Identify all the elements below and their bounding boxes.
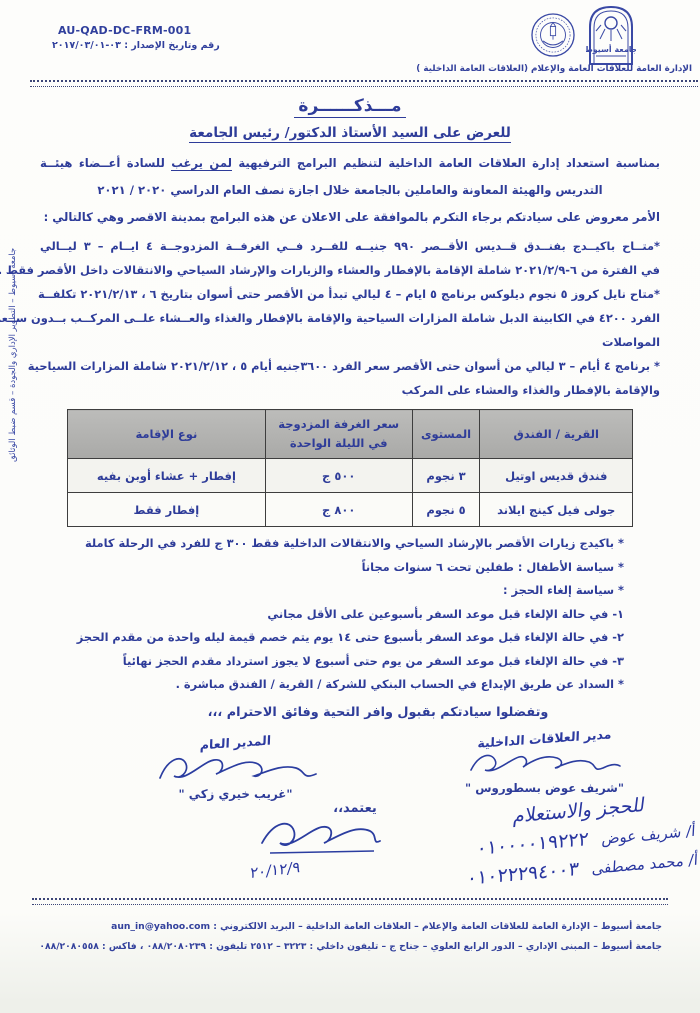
policy-luxor-package: * باكيدج زيارات الأقصر بالإرشاد السياحي … bbox=[40, 532, 624, 556]
header-board: نوع الإقامة bbox=[68, 410, 266, 459]
issue-number-date: رقم وتاريخ الإصدار : ٠٣-٢٠١٧/٠٣/٠١ bbox=[52, 40, 220, 51]
memo-title-text: مـــذكــــــرة bbox=[294, 96, 405, 118]
program-offers: *متــاح باكيــدج بفنــدق قــديس الأقــصر… bbox=[40, 234, 660, 402]
policy-cancel-item-1: ١- في حالة الإلغاء قبل موعد السفر بأسبوع… bbox=[40, 603, 624, 627]
header-price: سعر الغرفة المزدوجة في الليلة الواحدة bbox=[265, 410, 412, 459]
policy-payment: * السداد عن طريق الإيداع في الحساب البنك… bbox=[40, 673, 624, 697]
table-row: فندق قديس اوتيل ٣ نجوم ٥٠٠ ج إفطار + عشا… bbox=[68, 459, 633, 493]
header-level: المستوى bbox=[412, 410, 480, 459]
footer-line-2: جامعة أسيوط – المبنى الإداري – الدور الر… bbox=[38, 937, 662, 957]
cell-hotel: جولى فيل كينج ايلاند bbox=[480, 493, 633, 527]
cell-price: ٥٠٠ ج bbox=[265, 459, 412, 493]
hotels-table: القرية / الفندق المستوى سعر الغرفة المزد… bbox=[67, 409, 633, 527]
signatures-zone: وتفضلوا سيادتكم بقبول وافر التحية وفائق … bbox=[0, 695, 700, 905]
footer-separator bbox=[32, 898, 668, 905]
addressee-text: للعرض على السيد الأستاذ الدكتور/ رئيس ال… bbox=[189, 125, 511, 143]
signature-scribble-icon bbox=[152, 750, 320, 786]
contact-name: أ/ محمد مصطفى bbox=[591, 850, 698, 877]
offer-line: *متــاح باكيــدج بفنــدق قــديس الأقــصر… bbox=[40, 234, 660, 258]
offer-line: * برنامج ٤ أيام – ٣ ليالي من أسوان حتى ا… bbox=[40, 354, 660, 378]
offer-line: والإقامة بالإفطار والغذاء والعشاء على ال… bbox=[40, 378, 660, 402]
approval-date: ٢٠/١٢/٩ bbox=[250, 858, 301, 882]
intro-paragraph: بمناسبة استعداد إدارة العلاقات العامة ال… bbox=[40, 150, 660, 231]
sig-right-name: "شريف عوض بسطوروس " bbox=[437, 781, 652, 795]
approval-signature-icon bbox=[256, 815, 386, 861]
table-row: جولى فيل كينج ايلاند ٥ نجوم ٨٠٠ ج إفطار … bbox=[68, 493, 633, 527]
sig-left-name: "غريب خيري زكي " bbox=[148, 787, 323, 801]
intro-line-1-pre: بمناسبة استعداد إدارة العلاقات العامة ال… bbox=[232, 156, 660, 170]
policies-list: * باكيدج زيارات الأقصر بالإرشاد السياحي … bbox=[40, 532, 624, 697]
policy-cancel-item-3: ٣- في حالة الإلغاء قبل موعد السفر من يوم… bbox=[40, 650, 624, 674]
intro-line-3: الأمر معروض على سيادتكم برجاء التكرم بال… bbox=[40, 204, 660, 231]
signature-internal-relations-manager: مدير العلاقات الداخلية "شريف عوض بسطوروس… bbox=[437, 731, 652, 795]
cell-board: إفطار + عشاء أوبن بفيه bbox=[68, 459, 266, 493]
page-footer: جامعة أسيوط – الإدارة العامة للعلاقات ال… bbox=[0, 898, 700, 957]
emblem-label: جامعة أسيوط bbox=[586, 44, 636, 54]
policy-children: * سياسة الأطفال : طفلين تحت ٦ سنوات مجان… bbox=[40, 556, 624, 580]
memo-title: مـــذكــــــرة bbox=[40, 96, 660, 116]
header-separator bbox=[30, 80, 698, 87]
department-line: الإدارة العامة للعلاقات العامة والإعلام … bbox=[416, 64, 692, 74]
intro-line-1-post: للسادة أعــضاء هيئــة bbox=[40, 156, 171, 170]
university-arch-emblem-icon: جامعة أسيوط bbox=[586, 3, 636, 67]
offer-line: الفرد ٤٢٠٠ في الكابينة الدبل شاملة المزا… bbox=[40, 306, 660, 330]
contact-name: أ/ شريف عوض bbox=[601, 822, 696, 848]
form-code: AU-QAD-DC-FRM-001 bbox=[58, 24, 191, 37]
header-hotel: القرية / الفندق bbox=[480, 410, 633, 459]
offer-line: *متاح نايل كروز ٥ نجوم ديلوكس برنامج ٥ ا… bbox=[40, 282, 660, 306]
cell-hotel: فندق قديس اوتيل bbox=[480, 459, 633, 493]
policy-cancel-title: * سياسة إلغاء الحجز : bbox=[40, 579, 624, 603]
scanned-memo-page: AU-QAD-DC-FRM-001 رقم وتاريخ الإصدار : ٠… bbox=[0, 0, 700, 1013]
memo-body: مـــذكــــــرة للعرض على السيد الأستاذ ا… bbox=[40, 88, 660, 698]
cell-board: إفطار فقط bbox=[68, 493, 266, 527]
cell-level: ٣ نجوم bbox=[412, 459, 480, 493]
offer-line: في الفترة من ٦-٢٠٢١/٢/٩ شاملة الإقامة با… bbox=[40, 258, 660, 282]
intro-line-1-underlined: لمن يرغب bbox=[171, 156, 232, 171]
signature-general-manager: المدير العام "غريب خيري زكي " bbox=[148, 735, 323, 801]
university-seal-icon bbox=[530, 12, 576, 58]
signature-scribble-icon bbox=[465, 746, 625, 780]
contact-phone: ٠١٠٢٢٢٩٤٠٠٣ bbox=[466, 858, 579, 890]
table-header-row: القرية / الفندق المستوى سعر الغرفة المزد… bbox=[68, 410, 633, 459]
offer-line: المواصلات bbox=[40, 330, 660, 354]
contact-phone: ٠١٠٠٠٠١٩٢٢٢ bbox=[476, 828, 589, 860]
footer-line-1: جامعة أسيوط – الإدارة العامة للعلاقات ال… bbox=[38, 917, 662, 937]
intro-line-2: التدريس والهيئة المعاونة والعاملين بالجا… bbox=[40, 177, 660, 204]
addressee-line: للعرض على السيد الأستاذ الدكتور/ رئيس ال… bbox=[40, 125, 660, 141]
closing-salutation: وتفضلوا سيادتكم بقبول وافر التحية وفائق … bbox=[28, 705, 700, 720]
cell-price: ٨٠٠ ج bbox=[265, 493, 412, 527]
cell-level: ٥ نجوم bbox=[412, 493, 480, 527]
intro-line-1: بمناسبة استعداد إدارة العلاقات العامة ال… bbox=[40, 150, 660, 177]
policy-cancel-item-2: ٢- في حالة الإلغاء قبل موعد السفر بأسبوع… bbox=[40, 626, 624, 650]
